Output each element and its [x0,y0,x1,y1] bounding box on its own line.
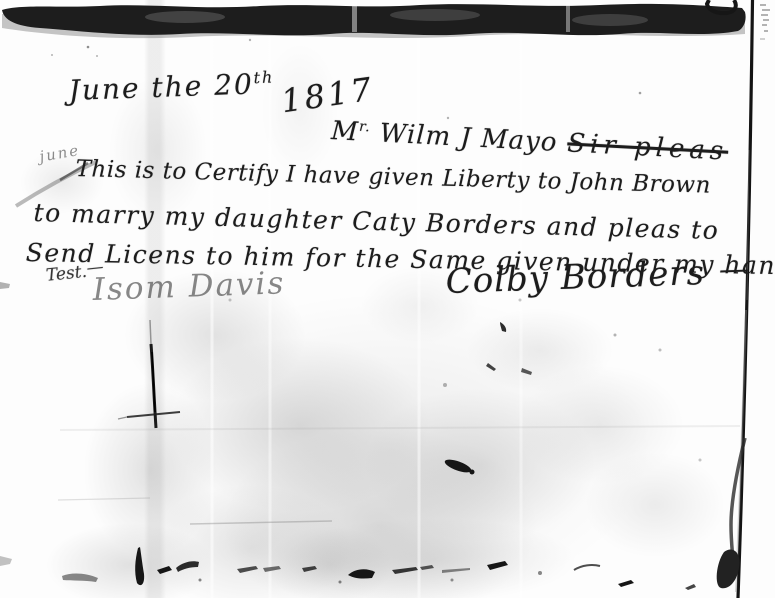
bottom-edge-marks [62,547,696,590]
fold-crease-mark [58,320,740,524]
witness-signature: Isom Davis [92,265,286,308]
date-ordinal-suffix: th [253,67,274,87]
page-edge-line [736,0,770,598]
attest-text: Test. [45,262,88,286]
date-prefix: June the 20 [68,68,254,107]
torn-top-edge [2,0,746,38]
ink-blots [443,322,532,475]
honorific: M [330,116,359,147]
signature-flourish: — [718,251,750,287]
scanned-document: june June the 20th1817 Mr. Wilm J MayoSi… [0,0,775,598]
